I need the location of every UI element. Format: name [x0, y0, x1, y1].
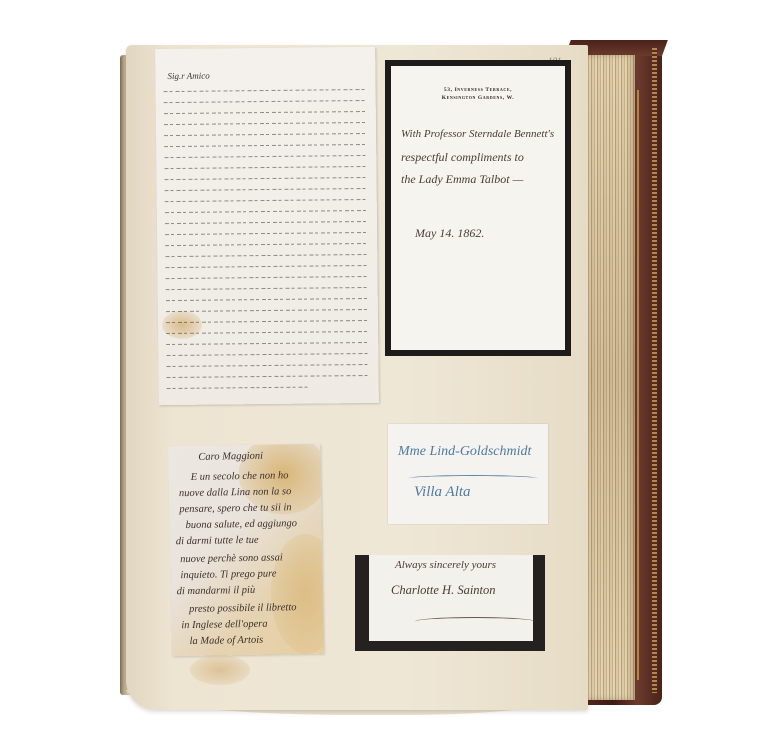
handwriting-line: [166, 342, 368, 345]
foxing-spots: [190, 655, 250, 685]
handwriting-line: [165, 221, 367, 224]
handwriting-line: [164, 100, 366, 103]
note-line-12: la Made of Artois: [189, 635, 263, 647]
note-line-6: di darmi tutte le tue: [176, 535, 259, 547]
handwriting-line: [165, 254, 367, 257]
handwriting-line: [167, 387, 309, 389]
signature-underline: [415, 617, 535, 626]
handwriting-line: [165, 265, 367, 268]
card-line-1: With Professor Sterndale Bennett's: [401, 128, 554, 140]
note-line-11: in Inglese dell'opera: [181, 619, 267, 632]
italian-letter: Sig.r Amico: [155, 47, 379, 405]
handwriting-line: [166, 309, 368, 312]
letter-salutation: Sig.r Amico: [167, 71, 209, 81]
handwriting-line: [164, 133, 366, 136]
note-line-10: presto possibile il libretto: [189, 602, 297, 615]
sainton-card-paper: Always sincerely yours Charlotte H. Sain…: [369, 555, 533, 641]
mourning-card: 53, Inverness Terrace, Kensington Garden…: [385, 60, 571, 356]
note-line-4: pensare, spero che tu sii in: [179, 502, 292, 515]
card-date: May 14. 1862.: [415, 226, 484, 241]
handwriting-line: [164, 166, 366, 169]
handwriting-line: [164, 155, 366, 158]
note-line-9: di mandarmi il più: [177, 585, 256, 597]
handwriting-line: [164, 111, 366, 114]
page-fore-edge-shade: [580, 55, 635, 700]
card-line-2: respectful compliments to: [401, 150, 524, 165]
handwriting-line: [166, 298, 368, 301]
handwriting-line: [166, 287, 368, 290]
handwriting-line: [165, 232, 367, 235]
handwriting-line: [165, 210, 367, 213]
note-line-3: nuove dalla Lina non la so: [179, 486, 291, 499]
lind-goldschmidt-card: Mme Lind-Goldschmidt Villa Alta: [388, 424, 548, 524]
card-line-3: the Lady Emma Talbot —: [401, 172, 523, 187]
foxing-stain: [162, 311, 202, 339]
handwriting-line: [166, 353, 368, 356]
note-line-7: nuove perchè sono assai: [180, 552, 283, 565]
black-card-line-2: Charlotte H. Sainton: [391, 583, 496, 598]
handwriting-line: [165, 199, 367, 202]
handwriting-line: [165, 177, 367, 180]
blue-card-line-1: Mme Lind-Goldschmidt: [398, 444, 531, 460]
handwriting-line: [165, 188, 367, 191]
stained-italian-note: Caro Maggioni E un secolo che non ho nuo…: [168, 444, 324, 657]
gilt-line: [637, 90, 639, 680]
note-line-5: buona salute, ed aggiungo: [185, 518, 297, 531]
handwriting-line: [164, 89, 366, 92]
printed-address: 53, Inverness Terrace, Kensington Garden…: [391, 86, 565, 102]
address-line-1: 53, Inverness Terrace,: [391, 86, 565, 94]
mourning-card-paper: 53, Inverness Terrace, Kensington Garden…: [391, 66, 565, 350]
album-photo: 101 Sig.r Amico 53, Inverness Terrace, K…: [0, 0, 768, 735]
note-line-2: E un secolo che non ho: [191, 470, 289, 483]
sainton-card: Always sincerely yours Charlotte H. Sain…: [355, 555, 545, 651]
handwriting-line: [167, 375, 369, 378]
handwriting-line: [164, 122, 366, 125]
note-line-1: Caro Maggioni: [198, 451, 263, 463]
gilt-tooled-edge: [652, 48, 657, 693]
handwriting-line: [166, 276, 368, 279]
blue-card-line-2: Villa Alta: [414, 484, 471, 501]
handwriting-line: [166, 364, 368, 367]
signature-flourish: [408, 475, 538, 482]
handwriting-line: [165, 243, 367, 246]
address-line-2: Kensington Gardens, W.: [391, 94, 565, 102]
black-card-line-1: Always sincerely yours: [395, 559, 496, 571]
handwriting-line: [164, 144, 366, 147]
note-line-8: inquieto. Ti prego pure: [180, 568, 276, 581]
